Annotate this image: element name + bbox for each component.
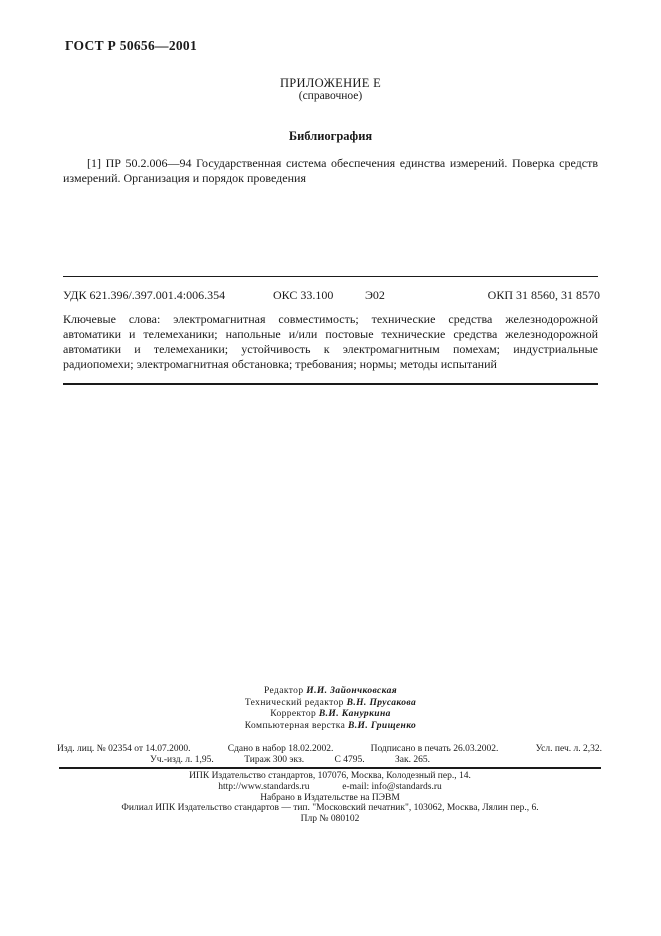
e-code: Э02 — [365, 288, 385, 303]
role-label: Корректор — [270, 709, 316, 719]
staff-row: Редактор И.И. Зайончковская — [63, 686, 598, 698]
divider-below-keywords — [63, 383, 598, 385]
imprint-item: Зак. 265. — [395, 755, 430, 765]
imprint-line-2: Уч.-изд. л. 1,95. Тираж 300 экз. С 4795.… — [150, 755, 430, 765]
publisher-address: ИПК Издательство стандартов, 107076, Мос… — [30, 771, 630, 782]
oks-code: ОКС 33.100 — [273, 288, 333, 303]
appendix-title: ПРИЛОЖЕНИЕ Е — [63, 76, 598, 91]
imprint-item: Изд. лиц. № 02354 от 14.07.2000. — [57, 744, 191, 754]
staff-row: Технический редактор В.Н. Прусакова — [63, 698, 598, 710]
staff-row: Корректор В.И. Кануркина — [63, 709, 598, 721]
role-label: Технический редактор — [245, 698, 344, 708]
imprint-item: Подписано в печать 26.03.2002. — [371, 744, 499, 754]
print-license: Плр № 080102 — [30, 814, 630, 825]
website-url: http://www.standards.ru — [218, 782, 309, 793]
role-label: Редактор — [264, 686, 304, 696]
imprint-item: Уч.-изд. л. 1,95. — [150, 755, 214, 765]
divider-above-udk — [63, 276, 598, 277]
imprint-line-1: Изд. лиц. № 02354 от 14.07.2000. Сдано в… — [57, 744, 602, 754]
doc-code: ГОСТ Р 50656—2001 — [65, 38, 197, 54]
person-name: В.И. Кануркина — [319, 709, 391, 719]
person-name: И.И. Зайончковская — [306, 686, 397, 696]
keywords-paragraph: Ключевые слова: электромагнитная совмест… — [63, 312, 598, 372]
typeset-note: Набрано в Издательстве на ПЭВМ — [30, 793, 630, 804]
imprint-item: С 4795. — [335, 755, 365, 765]
staff-row: Компьютерная верстка В.И. Грищенко — [63, 721, 598, 733]
publisher-block: ИПК Издательство стандартов, 107076, Мос… — [30, 771, 630, 825]
divider-above-publisher — [59, 767, 601, 769]
person-name: В.Н. Прусакова — [347, 698, 417, 708]
person-name: В.И. Грищенко — [348, 721, 416, 731]
udk-code: УДК 621.396/.397.001.4:006.354 — [63, 288, 225, 303]
imprint-item: Тираж 300 экз. — [244, 755, 304, 765]
imprint-item: Усл. печ. л. 2,32. — [536, 744, 602, 754]
classification-line: УДК 621.396/.397.001.4:006.354 ОКС 33.10… — [63, 288, 600, 302]
section-title: Библиография — [63, 129, 598, 144]
publisher-web-line: http://www.standards.ru e-mail: info@sta… — [30, 782, 630, 793]
appendix-subtitle: (справочное) — [63, 90, 598, 102]
imprint-item: Сдано в набор 18.02.2002. — [228, 744, 334, 754]
document-page: ГОСТ Р 50656—2001 ПРИЛОЖЕНИЕ Е (справочн… — [0, 0, 661, 936]
email-address: e-mail: info@standards.ru — [342, 782, 442, 793]
bibliography-entry: [1] ПР 50.2.006—94 Государственная систе… — [63, 156, 598, 186]
role-label: Компьютерная верстка — [245, 721, 345, 731]
colophon-staff-block: Редактор И.И. Зайончковская Технический … — [63, 686, 598, 732]
okp-code: ОКП 31 8560, 31 8570 — [488, 288, 600, 303]
publisher-branch: Филиал ИПК Издательство стандартов — тип… — [30, 803, 630, 814]
